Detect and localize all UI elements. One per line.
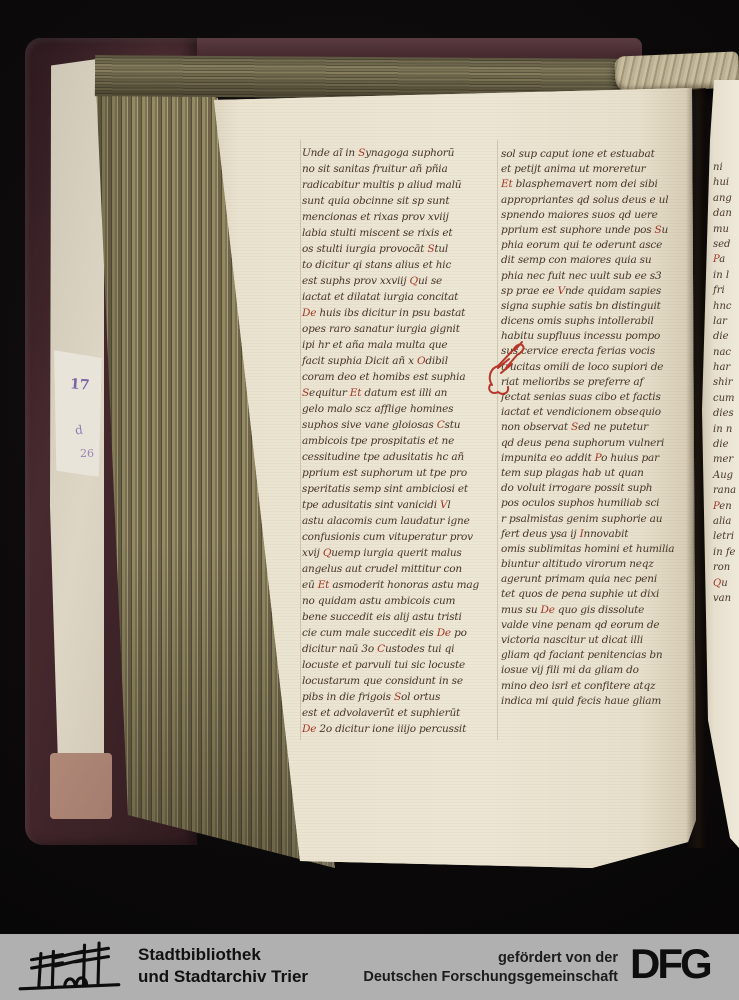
funding-credit: gefördert von der Deutschen Forschungsge…: [363, 949, 618, 987]
manuscript-line: impunita eo addit Po huius par: [501, 451, 697, 466]
manuscript-line: har: [713, 360, 739, 375]
manuscript-line: ron: [713, 560, 739, 575]
manuscript-line: Qu: [713, 576, 739, 591]
manuscript-line: iosue vij fili mi da gliam do: [501, 663, 697, 678]
manuscript-line: no sit sanitas fruitur añ pñia: [302, 161, 498, 177]
manuscript-line: est suphs prov xxviij Qui se: [302, 273, 498, 289]
manuscript-line: ni: [713, 160, 739, 175]
manuscript-line: cum: [713, 391, 739, 406]
manuscript-line: speritatis semp sint ambiciosi et: [302, 481, 498, 497]
manuscript-line: trucitas omili de loco supiori de: [501, 360, 697, 375]
manuscript-line: sunt quia obcinne sit sp sunt: [302, 193, 498, 209]
manuscript-line: tpe adusitatis sint vanicidi Vl: [302, 497, 498, 513]
manuscript-line: phia nec fuit nec uult sub ee s3: [501, 269, 697, 284]
manuscript-line: hnc: [713, 299, 739, 314]
manuscript-line: mer: [713, 452, 739, 467]
manuscript-line: ang: [713, 191, 739, 206]
manuscript-line: sus cervice erecta ferias vocis: [501, 344, 697, 359]
ruling-line: [300, 140, 301, 740]
manuscript-line: letri: [713, 529, 739, 544]
manuscript-line: labia stulti miscent se rixis et: [302, 225, 498, 241]
manuscript-line: van: [713, 591, 739, 606]
manuscript-line: ipi hr et aña mala multa que: [302, 337, 498, 353]
shelfmark-note: d: [74, 423, 84, 438]
manuscript-line: r psalmistas genim suphorie au: [501, 512, 697, 527]
manuscript-line: iactat et dilatat iurgia concitat: [302, 289, 498, 305]
shelfmark-note: 26: [80, 447, 94, 460]
manuscript-line: os stulti iurgia provocāt Stul: [302, 241, 498, 257]
manuscript-line: spnendo maiores suos qd uere: [501, 208, 697, 223]
manuscript-line: xvij Quemp iurgia querit malus: [302, 545, 498, 561]
manuscript-line: lar: [713, 314, 739, 329]
manuscript-line: De huis ibs dicitur in psu bastat: [302, 305, 498, 321]
manuscript-line: die: [713, 329, 739, 344]
manuscript-line: radicabitur multis p aliud malũ: [302, 177, 498, 193]
manuscript-line: Et blasphemavert nom dei sibi: [501, 177, 697, 192]
manuscript-line: Aug: [713, 468, 739, 483]
manicule-icon: [482, 337, 530, 395]
manuscript-line: dan: [713, 206, 739, 221]
manuscript-line: appropriantes qd solus deus e ul: [501, 193, 697, 208]
manuscript-line: facit suphia Dicit añ x Odibil: [302, 353, 498, 369]
manuscript-line: gelo malo scz afflige homines: [302, 401, 498, 417]
manuscript-line: alia: [713, 514, 739, 529]
manuscript-line: pprium est suphorum ut tpe pro: [302, 465, 498, 481]
manuscript-line: eū Et asmoderit honoras astu mag: [302, 577, 498, 593]
manuscript-line: angelus aut crudel mittitur con: [302, 561, 498, 577]
manuscript-line: nac: [713, 345, 739, 360]
manuscript-line: tem sup plagas hab ut quan: [501, 466, 697, 481]
manuscript-line: est et advolaverūt et suphierūt: [302, 705, 498, 721]
manuscript-line: gliam qd faciant penitencias bn: [501, 648, 697, 663]
manuscript-line: Pen: [713, 499, 739, 514]
manuscript-line: rana: [713, 483, 739, 498]
manuscript-line: ambicois tpe prospitatis et ne: [302, 433, 498, 449]
facing-page-column: nihuiangdanmusedPain lfrihnclardienachar…: [713, 160, 739, 606]
gutter-shadow: [686, 88, 706, 848]
manuscript-line: dicitur naū 3o Custodes tui qi: [302, 641, 498, 657]
manuscript-line: mus su De quo gis dissolute: [501, 603, 697, 618]
manuscript-line: qd deus pena suphorum vulneri: [501, 436, 697, 451]
manuscript-line: shir: [713, 375, 739, 390]
shelfmark-note: 17: [69, 376, 90, 393]
manuscript-line: sol sup caput ione et estuabat: [501, 147, 697, 162]
manuscript-line: mencionas et rixas prov xviij: [302, 209, 498, 225]
manuscript-line: biuntur altitudo virorum neqz: [501, 557, 697, 572]
digitization-banner: Stadtbibliothek und Stadtarchiv Trier ge…: [0, 934, 739, 1000]
bookmark-slip: 17 d 26: [54, 349, 102, 477]
pastedown-corner: [50, 753, 112, 819]
manuscript-line: die: [713, 437, 739, 452]
manuscript-column-a: Unde aĩ in Synagoga suphorũno sit sanita…: [302, 145, 498, 737]
manuscript-line: no quidam astu ambicois cum: [302, 593, 498, 609]
manuscript-line: omis sublimitas homini et humilia: [501, 542, 697, 557]
manuscript-line: sed: [713, 237, 739, 252]
manuscript-line: agerunt primam quia nec peni: [501, 572, 697, 587]
manuscript-line: in l: [713, 268, 739, 283]
manuscript-line: sp prae ee Vnde quidam sapies: [501, 284, 697, 299]
manuscript-line: mino deo isrl et confitere atqz: [501, 679, 697, 694]
manuscript-line: riat melioribs se preferre af: [501, 375, 697, 390]
stadtbibliothek-trier-logo-icon: [18, 940, 122, 994]
manuscript-line: habitu supfluus incessu pompo: [501, 329, 697, 344]
manuscript-line: victoria nascitur ut dicat illi: [501, 633, 697, 648]
funding-line1: gefördert von der: [363, 949, 618, 968]
manuscript-line: iactat et vendicionem obsequio: [501, 405, 697, 420]
manuscript-column-b: sol sup caput ione et estuabatet petijt …: [501, 147, 697, 709]
manuscript-line: to dicitur qi stans alius et hic: [302, 257, 498, 273]
manuscript-line: pprium est suphore unde pos Su: [501, 223, 697, 238]
manuscript-line: opes raro sanatur iurgia gignit: [302, 321, 498, 337]
manuscript-line: astu alacomis cum laudatur igne: [302, 513, 498, 529]
manuscript-line: dit semp con maiores quia su: [501, 253, 697, 268]
manuscript-line: tet quos de pena suphie ut dixi: [501, 587, 697, 602]
manuscript-line: fri: [713, 283, 739, 298]
manuscript-line: hui: [713, 175, 739, 190]
manuscript-line: De 2o dicitur ione iiijo percussit: [302, 721, 498, 737]
manuscript-line: non observat Sed ne putetur: [501, 420, 697, 435]
manuscript-line: bene succedit eis alij astu tristi: [302, 609, 498, 625]
manuscript-line: in fe: [713, 545, 739, 560]
manuscript-line: et petijt anima ut moreretur: [501, 162, 697, 177]
manuscript-line: pos oculos suphos humiliab sci: [501, 496, 697, 511]
manuscript-line: locuste et parvuli tui sic locuste: [302, 657, 498, 673]
manuscript-line: in n: [713, 422, 739, 437]
manuscript-photo: 17 d 26 Unde aĩ in Synagoga suphorũno si…: [0, 0, 739, 934]
dfg-logo: DFG: [630, 940, 710, 988]
manuscript-line: dies: [713, 406, 739, 421]
manuscript-line: signa suphie satis bn distinguit: [501, 299, 697, 314]
manuscript-line: indica mi quid fecis haue gliam: [501, 694, 697, 709]
manuscript-line: fert deus ysa ij Innovabit: [501, 527, 697, 542]
manuscript-line: suphos sive vane gloiosas Cstu: [302, 417, 498, 433]
manuscript-line: valde vine penam qd eorum de: [501, 618, 697, 633]
manuscript-line: coram deo et homibs est suphia: [302, 369, 498, 385]
funding-line2: Deutschen Forschungsgemeinschaft: [363, 968, 618, 987]
manuscript-line: confusionis cum vituperatur prov: [302, 529, 498, 545]
manuscript-line: do voluit irrogare possit suph: [501, 481, 697, 496]
library-name-line2: und Stadtarchiv Trier: [138, 966, 308, 988]
manuscript-line: fectat senias suas cibo et factis: [501, 390, 697, 405]
manuscript-line: Unde aĩ in Synagoga suphorũ: [302, 145, 498, 161]
manuscript-line: dicens omis suphs intollerabil: [501, 314, 697, 329]
manuscript-line: pibs in die frigois Sol ortus: [302, 689, 498, 705]
manuscript-line: phia eorum qui te oderunt asce: [501, 238, 697, 253]
library-name-line1: Stadtbibliothek: [138, 944, 308, 966]
manuscript-line: cie cum male succedit eis De po: [302, 625, 498, 641]
manuscript-line: mu: [713, 222, 739, 237]
manuscript-line: Sequitur Et datum est illi an: [302, 385, 498, 401]
library-name: Stadtbibliothek und Stadtarchiv Trier: [138, 944, 308, 988]
manuscript-line: locustarum que considunt in se: [302, 673, 498, 689]
manuscript-line: Pa: [713, 252, 739, 267]
manuscript-line: cessitudine tpe adusitatis hc añ: [302, 449, 498, 465]
